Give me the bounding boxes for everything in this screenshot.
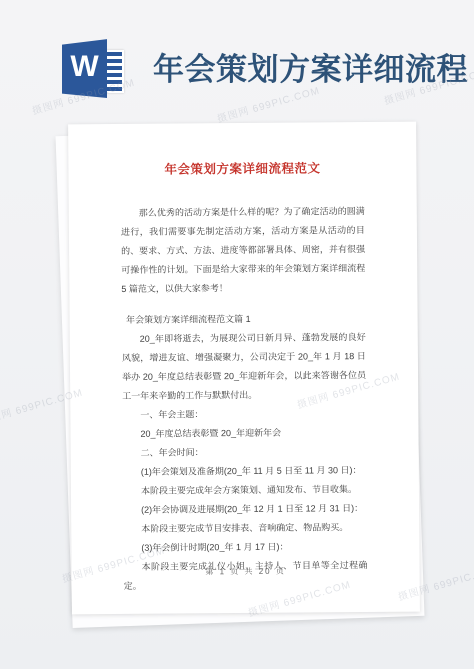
paragraph: 20_年度总结表彰暨 20_年迎新年会	[122, 423, 366, 444]
paragraph: 二、年会时间：	[123, 442, 367, 463]
paragraph: (2)年会协调及进展期(20_年 12 月 1 日至 12 月 31 日)：	[123, 499, 367, 520]
section-heading: 年会策划方案详细流程范文篇 1	[122, 309, 366, 330]
word-icon: W	[62, 36, 124, 98]
paragraph: (1)年会策划及准备期(20_年 11 月 5 日至 11 月 30 日)：	[123, 461, 367, 482]
document-body: 那么优秀的活动方案是什么样的呢？为了确定活动的圆满进行，我们需要事先制定活动方案…	[121, 202, 368, 596]
template-preview: W 年会策划方案详细流程 年会策划方案详细流程范文 那么优秀的活动方案是什么样的…	[0, 0, 474, 669]
word-icon-letter: W	[70, 52, 98, 82]
paragraph: 那么优秀的活动方案是什么样的呢？为了确定活动的圆满进行，我们需要事先制定活动方案…	[121, 202, 366, 299]
paragraph: 本阶段主要完成年会方案策划、通知发布、节目收集。	[123, 480, 367, 501]
paragraph: 20_年即将逝去，为展现公司日新月异、蓬勃发展的良好风貌，增进友谊、增强凝聚力，…	[122, 328, 367, 406]
document-title: 年会策划方案详细流程范文	[68, 158, 416, 179]
header: W 年会策划方案详细流程	[0, 0, 474, 110]
page-title: 年会策划方案详细流程	[153, 44, 473, 89]
paragraph: (3)年会倒计时期(20_年 1 月 17 日)：	[123, 537, 367, 558]
paragraph: 一、年会主题：	[122, 404, 366, 425]
document-page: 年会策划方案详细流程范文 那么优秀的活动方案是什么样的呢？为了确定活动的圆满进行…	[68, 122, 420, 615]
paragraph: 本阶段主要完成节目安排表、音响确定、物品购买。	[123, 518, 367, 539]
word-icon-panel: W	[62, 36, 107, 98]
